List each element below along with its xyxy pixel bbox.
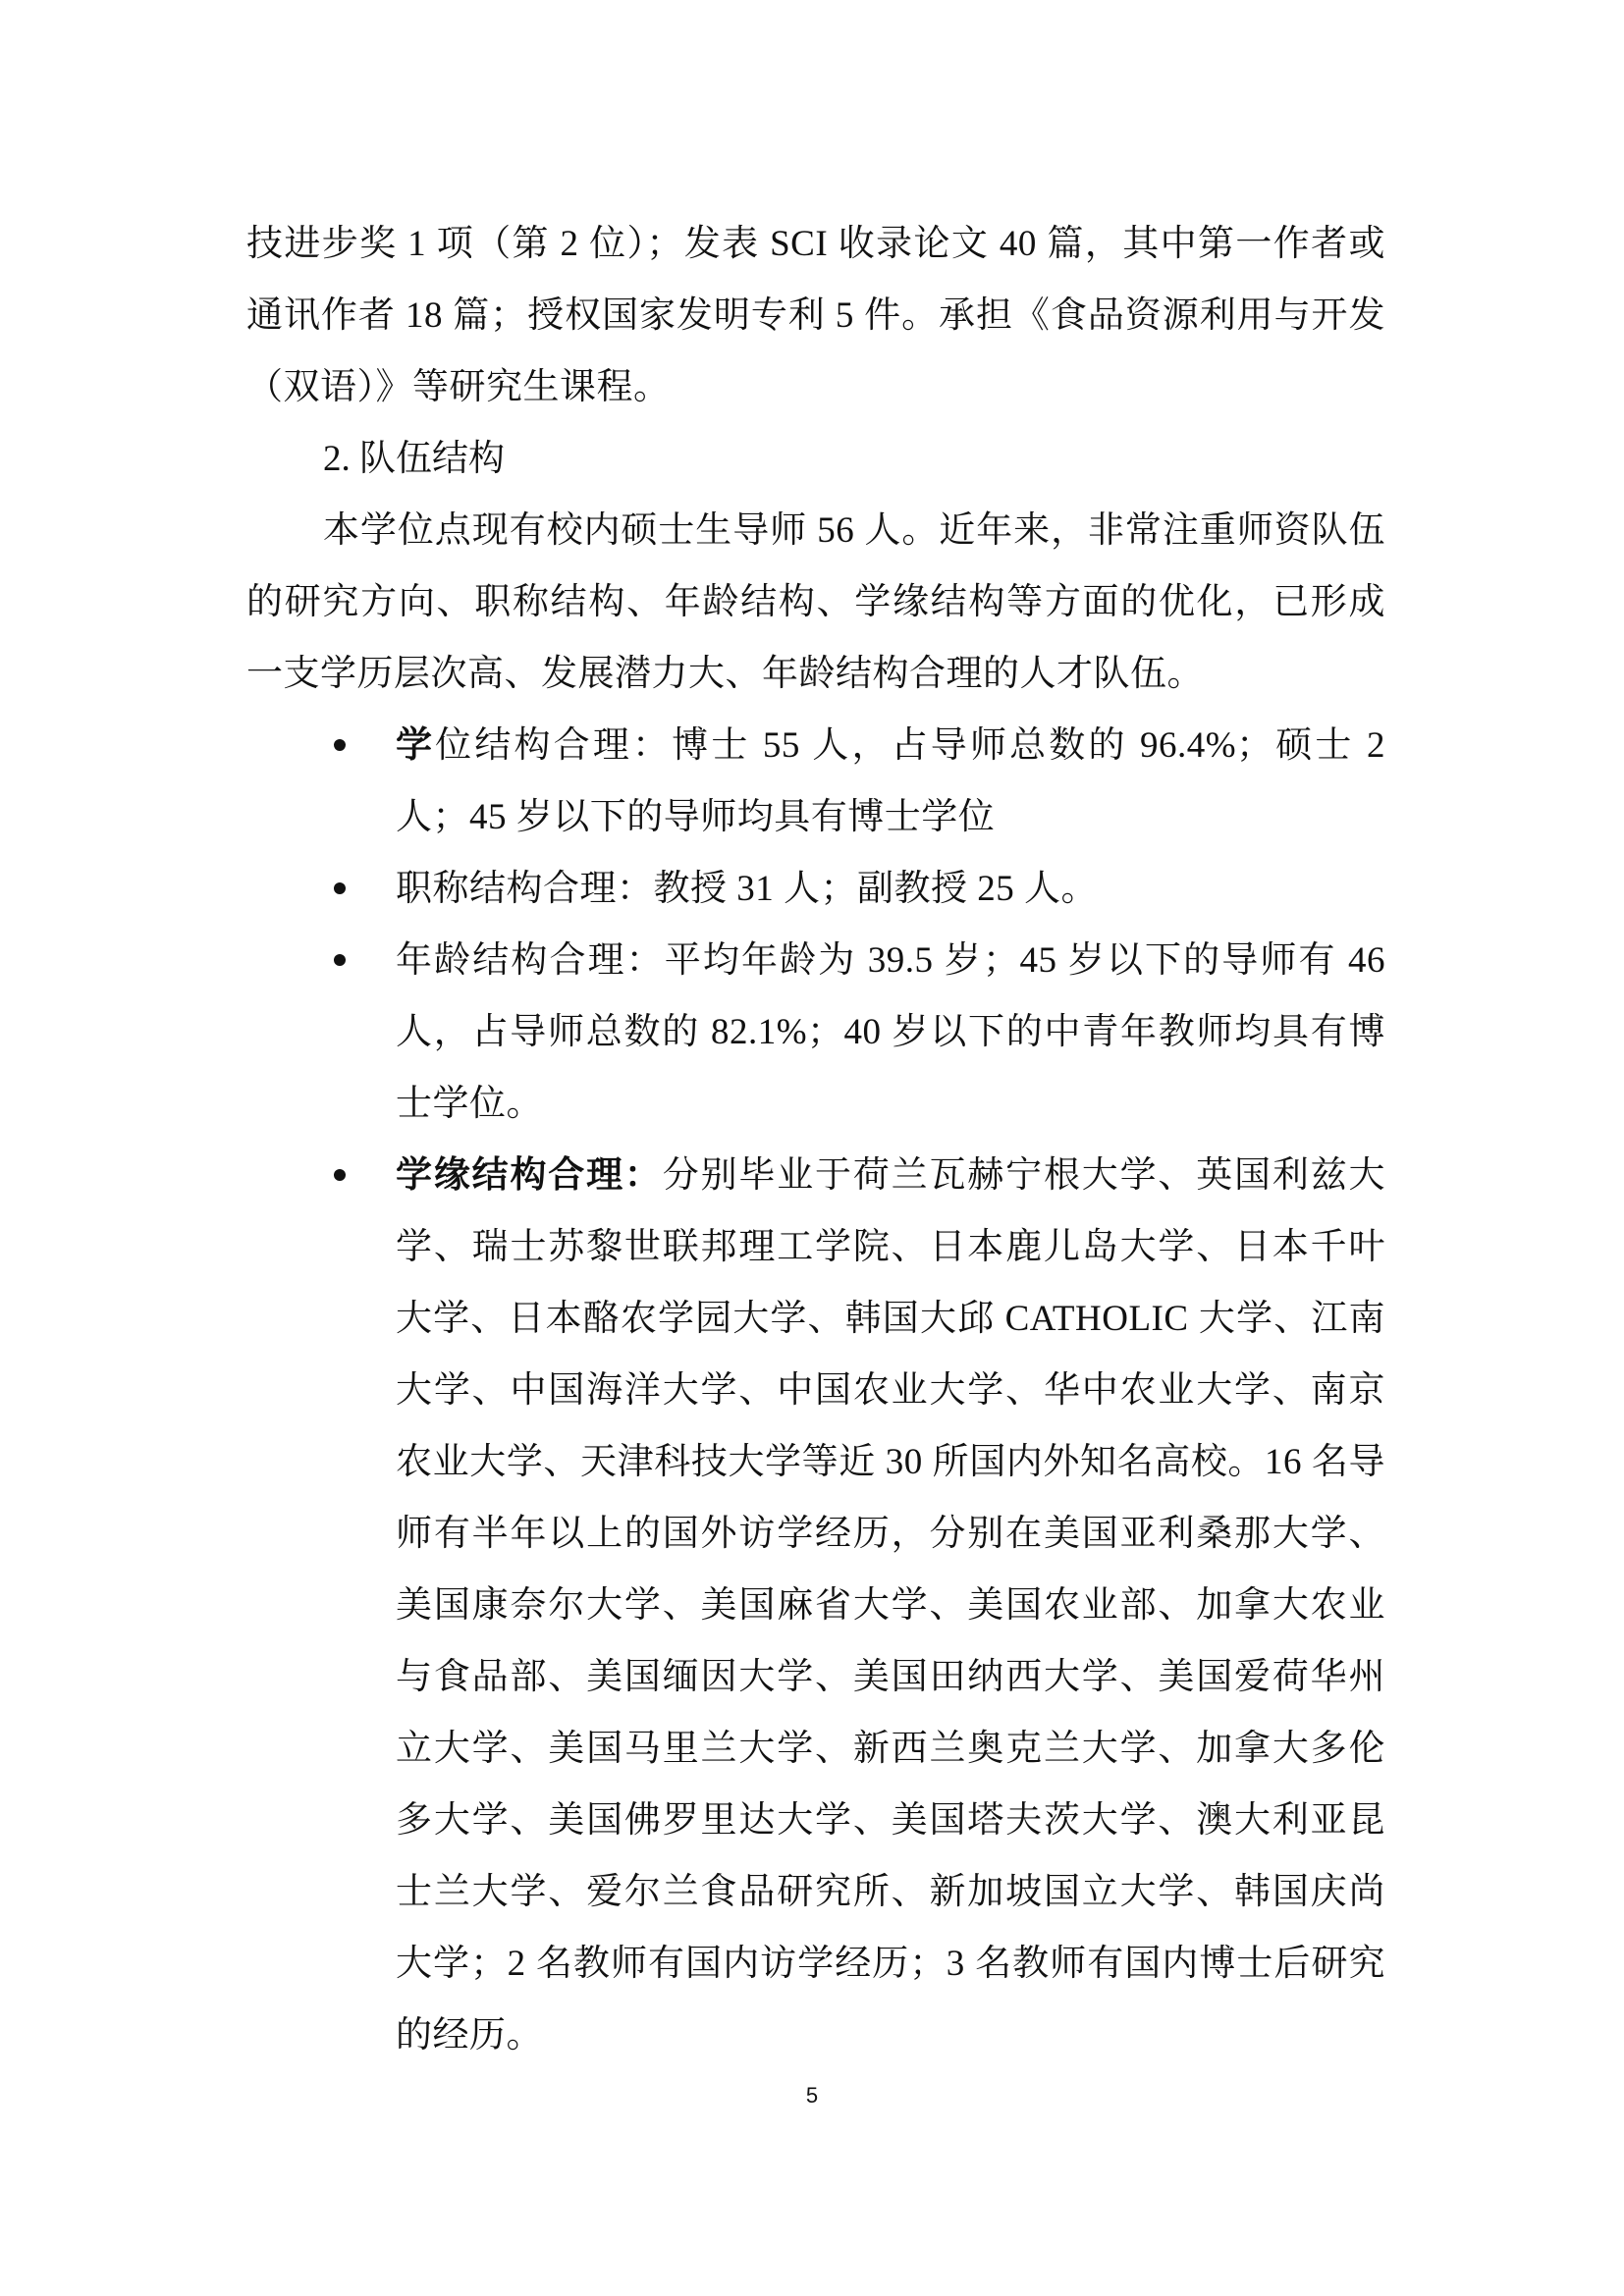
bullet-text: 位结构合理：博士 55 人，占导师总数的 96.4%；硕士 2 人；45 岁以下… [396, 725, 1385, 837]
intro-paragraph: 本学位点现有校内硕士生导师 56 人。近年来，非常注重师资队伍的研究方向、职称结… [246, 495, 1385, 710]
bullet-bold-prefix: 学缘结构合理： [396, 1155, 663, 1196]
bullet-degree-structure: 学位结构合理：博士 55 人，占导师总数的 96.4%；硕士 2 人；45 岁以… [246, 710, 1385, 853]
bullet-bold-prefix: 学 [396, 725, 435, 766]
bullet-icon [334, 954, 346, 966]
section-heading: 2. 队伍结构 [246, 423, 1385, 495]
bullet-text: 职称结构合理：教授 31 人；副教授 25 人。 [396, 869, 1098, 909]
continuation-paragraph: 技进步奖 1 项（第 2 位）；发表 SCI 收录论文 40 篇，其中第一作者或… [246, 208, 1385, 423]
document-page: 技进步奖 1 项（第 2 位）；发表 SCI 收录论文 40 篇，其中第一作者或… [246, 208, 1385, 2071]
bullet-icon [334, 739, 346, 751]
bullet-text: 年龄结构合理：平均年龄为 39.5 岁；45 岁以下的导师有 46 人，占导师总… [396, 940, 1385, 1124]
bullet-title-structure: 职称结构合理：教授 31 人；副教授 25 人。 [246, 853, 1385, 925]
bullet-academic-origin-structure: 学缘结构合理：分别毕业于荷兰瓦赫宁根大学、英国利兹大学、瑞士苏黎世联邦理工学院、… [246, 1140, 1385, 2071]
page-number: 5 [0, 2083, 1624, 2109]
bullet-icon [334, 1169, 346, 1181]
bullet-age-structure: 年龄结构合理：平均年龄为 39.5 岁；45 岁以下的导师有 46 人，占导师总… [246, 925, 1385, 1140]
bullet-text: 分别毕业于荷兰瓦赫宁根大学、英国利兹大学、瑞士苏黎世联邦理工学院、日本鹿儿岛大学… [396, 1155, 1385, 2056]
structure-bullet-list: 学位结构合理：博士 55 人，占导师总数的 96.4%；硕士 2 人；45 岁以… [246, 710, 1385, 2071]
bullet-icon [334, 882, 346, 894]
